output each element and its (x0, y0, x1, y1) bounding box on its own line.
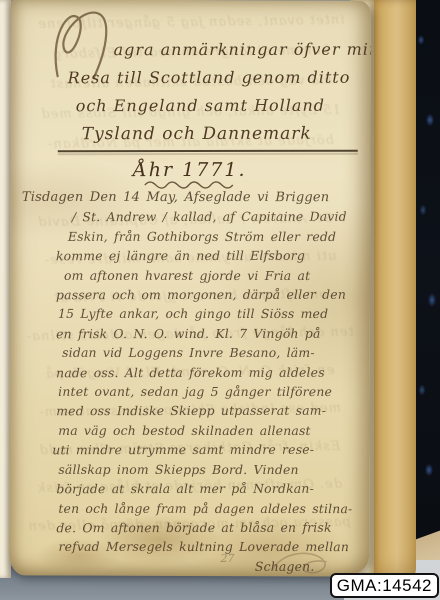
body-line: Eskin, från Gothiborgs Ström eller redd (68, 227, 364, 247)
body-line: sidan vid Loggens Invre Besano, läm- (62, 343, 364, 363)
binding-edge-strip (368, 0, 416, 586)
body-line: de. Om aftonen började at blåsa en frisk (56, 518, 362, 538)
title-block: agra anmärkningar öfver min Resa till Sc… (10, 36, 370, 149)
body-line: nade oss. Alt detta förekom mig aldeles (56, 362, 362, 382)
title-line: Resa till Scottland genom ditto (68, 64, 370, 93)
year-heading: Åhr 1771. (10, 158, 370, 190)
book-cover-strip (414, 0, 440, 560)
body-line: en frisk O. N. O. wind. Kl. 7 Vingöh på (56, 324, 362, 344)
manuscript-page: intet ovant, sedan jag 5 gånger tilfören… (9, 0, 371, 577)
end-flourish (268, 548, 338, 577)
body-line: om aftonen hvarest gjorde vi Fria at (64, 265, 364, 285)
title-line: Tysland och Dannemark (82, 120, 370, 149)
title-underline-rule (58, 150, 358, 153)
title-line: agra anmärkningar öfver min (114, 36, 370, 64)
body-line: Tisdagen Den 14 May, Afseglade vi Brigge… (22, 188, 364, 208)
body-line: komme ej längre än ned till Elfsborg (56, 246, 362, 266)
page-content: agra anmärkningar öfver min Resa till Sc… (9, 0, 370, 576)
body-line: ten och långe fram på dagen aldeles stil… (58, 498, 364, 518)
body-line: sällskap inom Skiepps Bord. Vinden (58, 460, 364, 480)
journal-entry: Tisdagen Den 14 May, Afseglade vi Brigge… (18, 188, 363, 577)
body-line: uti mindre utrymme samt mindre rese- (52, 440, 362, 460)
body-line: / St. Andrew / kallad, af Capitaine Davi… (72, 207, 362, 227)
title-line: och Engeland samt Holland (76, 92, 370, 121)
body-line: med oss Indiske Skiepp utpasserat sam- (56, 401, 362, 421)
archive-label-text: GMA:14542 (337, 576, 432, 595)
manuscript-photo: intet ovant, sedan jag 5 gånger tilfören… (0, 0, 440, 600)
body-line: passera och om morgonen, därpå eller den (56, 285, 362, 305)
archive-label: GMA:14542 (330, 573, 439, 598)
page-number: 27 (220, 552, 234, 565)
year-heading-text: Åhr 1771. (133, 159, 247, 181)
body-line: intet ovant, sedan jag 5 gånger tilfören… (58, 382, 364, 402)
body-line: ma väg och bestod skilnaden allenast (58, 421, 364, 441)
body-line: började at skrala alt mer på Nordkan- (56, 479, 362, 499)
body-line: 15 Lyfte ankar, och gingo till Siöss med (58, 304, 364, 324)
